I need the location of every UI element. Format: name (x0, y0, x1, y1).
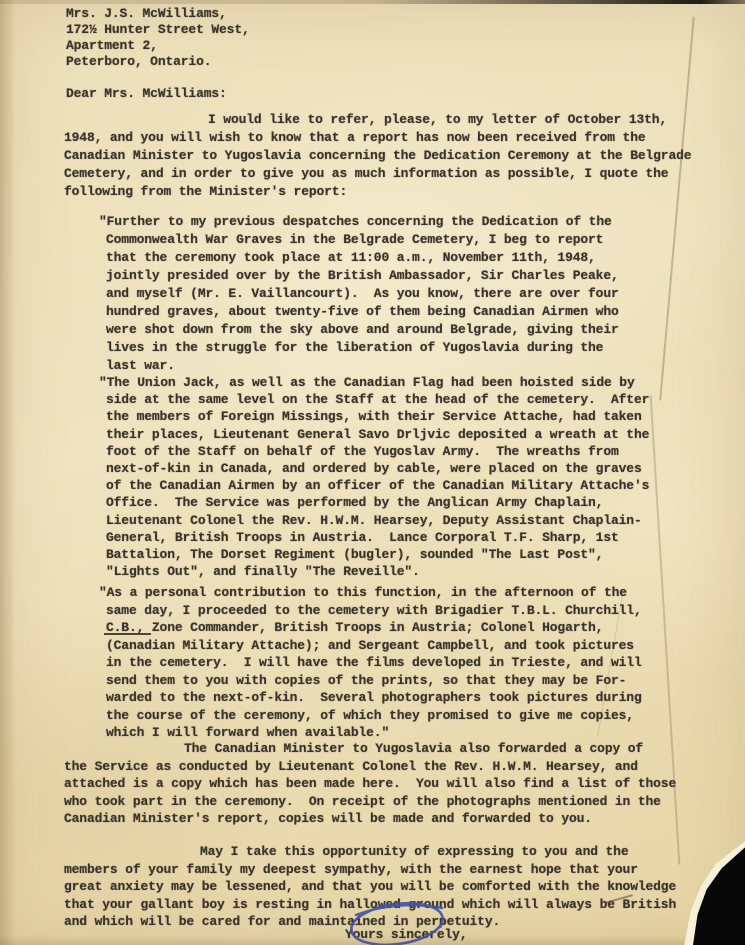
paper-edge-shading-left (0, 0, 16, 945)
quoted-report-paragraph-3: "As a personal contribution to this func… (106, 584, 642, 742)
letter-page: Mrs. J.S. McWilliams, 172½ Hunter Street… (0, 0, 745, 945)
service-copy-paragraph: The Canadian Minister to Yugoslavia also… (64, 740, 676, 828)
pen-circle-annotation (330, 885, 470, 945)
quoted-report-paragraph-1: "Further to my previous despatches conce… (106, 213, 619, 375)
pen-strike-line (356, 905, 442, 915)
paper-crease (659, 17, 694, 401)
underline-mark (104, 633, 151, 635)
scan-edge-top (0, 0, 745, 4)
intro-paragraph: I would like to refer, please, to my let… (64, 111, 691, 201)
quoted-report-paragraph-2: "The Union Jack, as well as the Canadian… (106, 374, 649, 580)
salutation: Dear Mrs. McWilliams: (66, 85, 227, 103)
recipient-address: Mrs. J.S. McWilliams, 172½ Hunter Street… (66, 6, 250, 70)
